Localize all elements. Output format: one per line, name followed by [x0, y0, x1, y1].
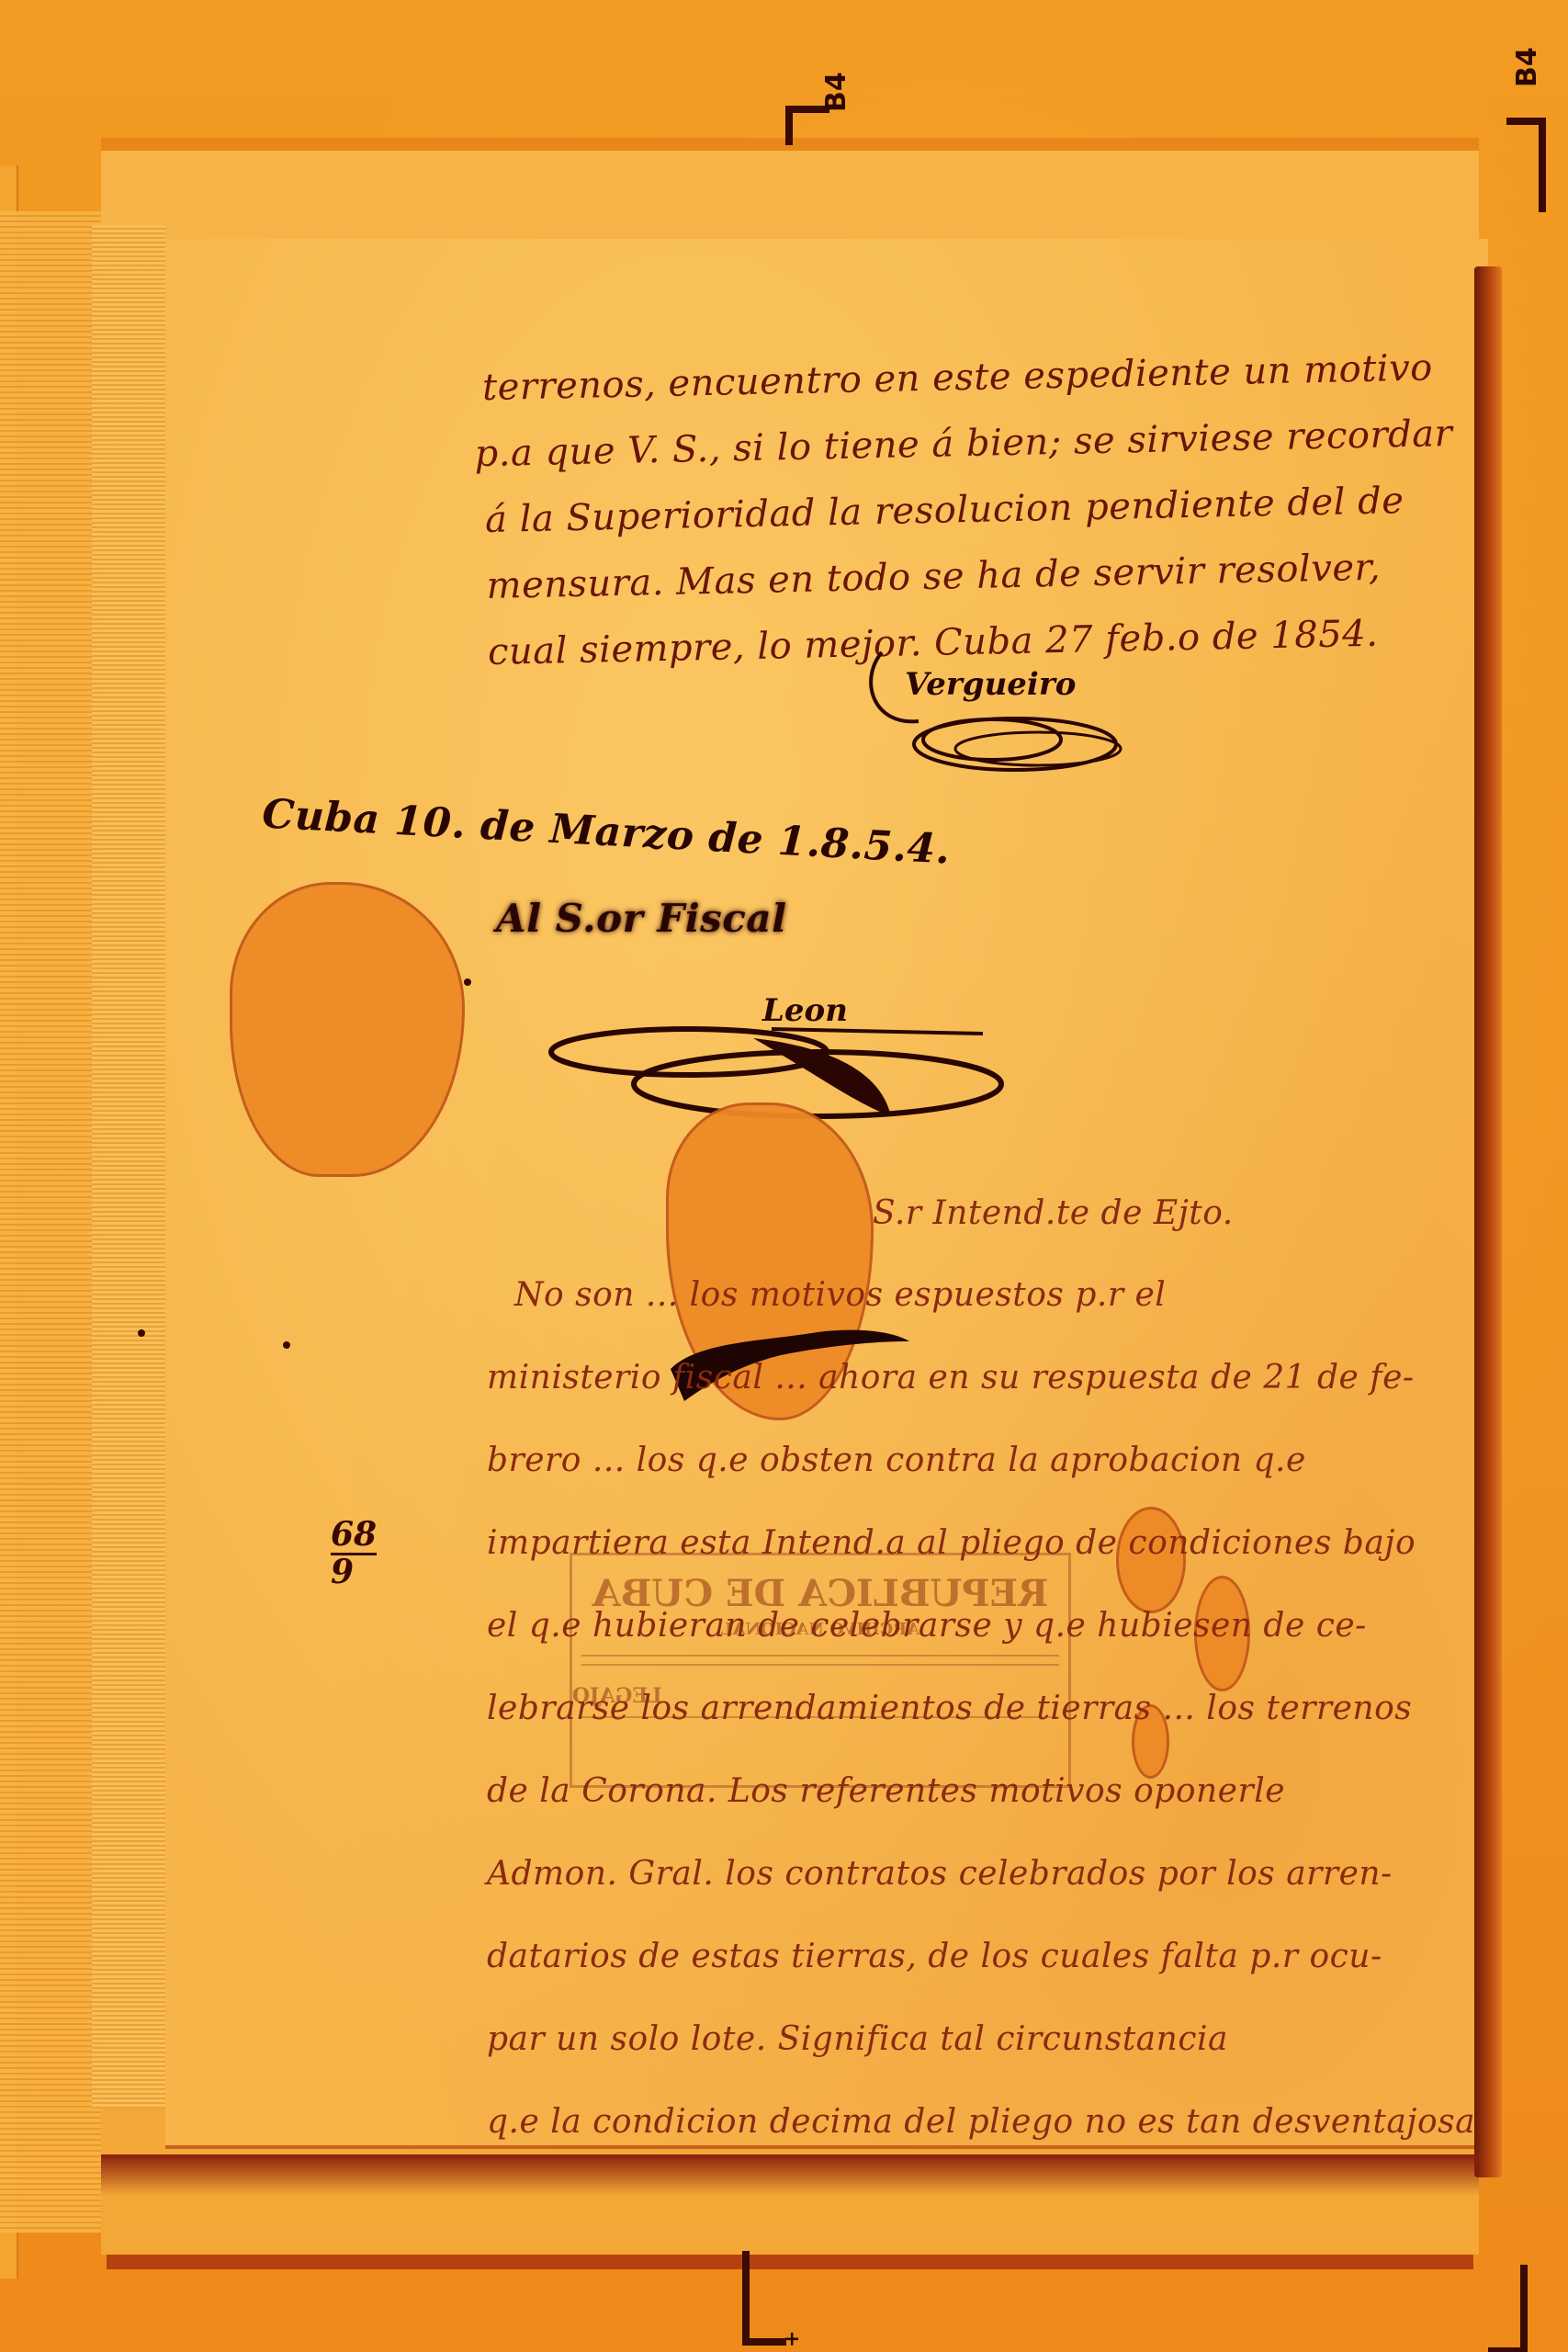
ink-dot: [283, 1341, 290, 1349]
paragraph-2-line: el q.e hubieran de celebrarse y q.e hubi…: [487, 1585, 1475, 1668]
crop-mark-top-right: [1506, 118, 1546, 212]
crop-label-top-right: B4: [1511, 47, 1543, 87]
ink-dot: [138, 1329, 145, 1337]
book-binding: [0, 211, 106, 2233]
paragraph-2: No son ... los motivos espuestos p.r el …: [487, 1254, 1475, 2164]
paragraph-2-salutation: S.r Intend.te de Ejto.: [873, 1194, 1234, 1232]
paragraph-2-line: No son ... los motivos espuestos p.r el: [514, 1254, 1475, 1337]
crop-label-bottom-left: +: [781, 2331, 804, 2347]
paragraph-2-line: de la Corona. Los referentes motivos opo…: [487, 1750, 1475, 1833]
folio-mark: 68 9: [331, 1516, 377, 1589]
paragraph-2-line: datarios de estas tierras, de los cuales…: [487, 1916, 1475, 1998]
binding-gauze: [92, 225, 165, 2109]
paragraph-2-line: impartiera esta Intend.a al pliego de co…: [487, 1502, 1475, 1585]
page-edge-shadow: [1474, 266, 1502, 2177]
folio-denominator: 9: [331, 1555, 377, 1589]
crop-mark-bottom-right: [1488, 2265, 1528, 2352]
folio-numerator: 68: [331, 1516, 377, 1555]
paragraph-2-line: Admon. Gral. los contratos celebrados po…: [487, 1833, 1475, 1916]
paragraph-2-line: brero ... los q.e obsten contra la aprob…: [487, 1419, 1475, 1502]
crop-label-top-left: B4: [820, 72, 852, 112]
decree-addressee-text: Al S.or Fiscal: [496, 896, 787, 941]
paragraph-2-line: lebrarse los arrendamientos de tierras .…: [487, 1668, 1475, 1750]
paragraph-2-line: q.e la condicion decima del pliego no es…: [487, 2081, 1475, 2164]
salutation-text: S.r Intend.te de Ejto.: [873, 1194, 1234, 1232]
crop-mark-bottom-left: [742, 2251, 786, 2346]
paragraph-2-line: ministerio fiscal ... ahora en su respue…: [487, 1337, 1475, 1419]
ink-dot: [464, 978, 471, 986]
signature-flourish-icon: [863, 634, 1139, 790]
paragraph-2-line: par un solo lote. Significa tal circunst…: [487, 1998, 1475, 2081]
decree-addressee: Al S.or Fiscal: [496, 896, 787, 941]
paragraph-1: terrenos, encuentro en este espediente u…: [481, 334, 1457, 685]
